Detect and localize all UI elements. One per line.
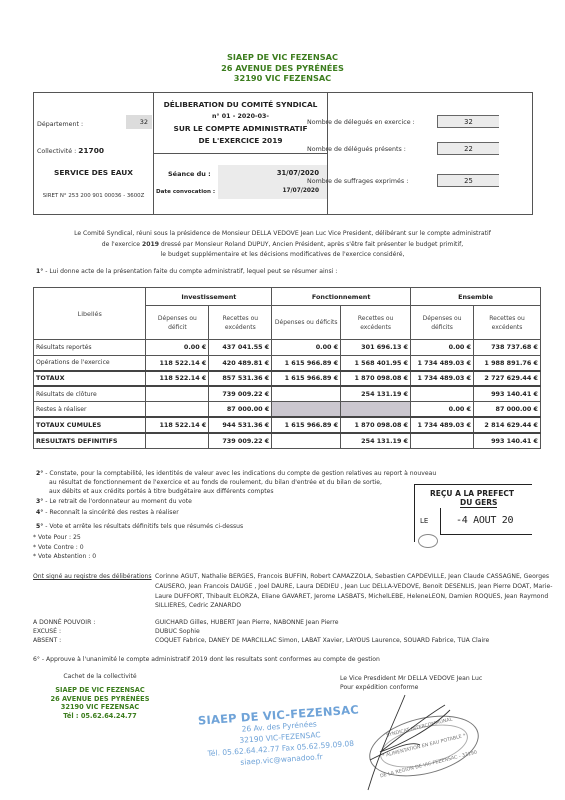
- table-cell: 0.00 €: [411, 402, 474, 418]
- table-cell: 993 140.41 €: [474, 386, 541, 402]
- row-label: TOTAUX: [34, 371, 146, 387]
- title-line-4: DE L'EXERCICE 2019: [154, 135, 327, 147]
- cachet-tel: Tél : 05.62.64.24.77: [0, 712, 200, 721]
- table-cell: 1 870 098.08 €: [341, 371, 411, 387]
- suffrages-label: Nombre de suffrages exprimés :: [307, 178, 408, 185]
- table-cell: 0.00 €: [411, 340, 474, 356]
- table-cell: [146, 433, 209, 449]
- table-row: Restes à réaliser87 000.00 €0.00 €87 000…: [34, 402, 541, 418]
- org-name: SIAEP DE VIC FEZENSAC: [0, 52, 565, 63]
- table-cell: 1 734 489.03 €: [411, 417, 474, 433]
- org-address: 26 AVENUE DES PYRÉNÉES: [0, 63, 565, 74]
- subheader-inv-depenses: Dépenses ou déficit: [146, 306, 209, 340]
- collectivite-value: 21700: [78, 146, 104, 155]
- table-cell: 1 615 966.89 €: [272, 355, 341, 371]
- cachet-label: Cachet de la collectivité: [0, 673, 200, 680]
- group-header-fonctionnement: Fonctionnement: [272, 288, 411, 306]
- article-5: 5° - Vote et arrête les résultats défini…: [36, 522, 243, 531]
- table-cell: 301 696.13 €: [341, 340, 411, 356]
- title-line-3: SUR LE COMPTE ADMINISTRATIF: [154, 123, 327, 135]
- subheader-inv-recettes: Recettes ou excédents: [209, 306, 272, 340]
- financial-summary-table: Libellés Investissement Fonctionnement E…: [33, 287, 541, 449]
- group-header-investissement: Investissement: [146, 288, 272, 306]
- article-6: 6° - Approuve à l'unanimité le compte ad…: [33, 656, 380, 663]
- table-cell: 437 041.55 €: [209, 340, 272, 356]
- vice-president-name: Le Vice Presdident Mr DELLA VEDOVE Jean …: [340, 674, 482, 683]
- article-4: 4° - Reconnaît la sincérité des restes à…: [36, 508, 179, 517]
- organization-rubber-stamp: SIAEP DE VIC-FEZENSAC 26 Av. des Pyrénée…: [183, 703, 376, 771]
- table-row: Résultats de clôture739 009.22 €254 131.…: [34, 386, 541, 402]
- table-cell: [272, 402, 341, 418]
- table-cell: 993 140.41 €: [474, 433, 541, 449]
- table-cell: [411, 433, 474, 449]
- row-label: Opérations de l'exercice: [34, 355, 146, 371]
- convocation-label: Date convocation :: [156, 189, 215, 195]
- stamp-line-2: DU GERS: [460, 498, 497, 508]
- stamp-line-1: REÇU A LA PREFECT: [430, 489, 514, 498]
- table-row: Opérations de l'exercice118 522.14 €420 …: [34, 355, 541, 371]
- article-3-text: - Le retrait de l'ordonnateur au moment …: [43, 498, 192, 505]
- cachet-address: 26 AVENUE DES PYRÉNÉES: [0, 695, 200, 704]
- intro-paragraph: Le Comité Syndical, réuni sous la présid…: [0, 229, 565, 261]
- table-cell: 1 615 966.89 €: [272, 371, 341, 387]
- row-label: RESULTATS DEFINITIFS: [34, 433, 146, 449]
- subheader-ens-recettes: Recettes ou excédents: [474, 306, 541, 340]
- article-2-line-3: aux débits et aux crédits portés à titre…: [36, 487, 436, 496]
- intro-year: 2019: [142, 241, 159, 248]
- article-4-text: - Reconnaît la sincérité des restes à ré…: [43, 509, 178, 516]
- delegues-exercice-label: Nombre de délegués en exercice :: [307, 119, 415, 126]
- article-1: 1° - Lui donne acte de la présentation f…: [36, 268, 337, 275]
- table-cell: 1 988 891.76 €: [474, 355, 541, 371]
- table-cell: 0.00 €: [272, 340, 341, 356]
- libelles-header: Libellés: [34, 288, 146, 340]
- siret-number: SIRET N° 253 200 901 00036 - 3600Z: [34, 193, 153, 199]
- seance-date: 31/07/2020: [277, 169, 319, 177]
- table-cell: 87 000.00 €: [209, 402, 272, 418]
- table-row: TOTAUX CUMULES118 522.14 €944 531.36 €1 …: [34, 417, 541, 433]
- registre-label: Ont signé au registre des délibérations: [33, 572, 152, 582]
- group-header-ensemble: Ensemble: [411, 288, 541, 306]
- row-label: TOTAUX CUMULES: [34, 417, 146, 433]
- table-row: TOTAUX118 522.14 €857 531.36 €1 615 966.…: [34, 371, 541, 387]
- deliberation-title: DÉLIBERATION DU COMITÉ SYNDICAL n° 01 - …: [154, 93, 327, 154]
- table-cell: [411, 386, 474, 402]
- table-cell: 739 009.22 €: [209, 433, 272, 449]
- table-cell: 254 131.19 €: [341, 433, 411, 449]
- table-cell: [146, 386, 209, 402]
- article-5-text: - Vote et arrête les résultats définitif…: [43, 523, 243, 530]
- absent-label: ABSENT :: [33, 636, 61, 646]
- delegues-exercice-value: 32: [437, 115, 499, 128]
- table-cell: [341, 402, 411, 418]
- delegues-presents-value: 22: [437, 142, 499, 155]
- table-cell: 1 734 489.03 €: [411, 371, 474, 387]
- subheader-ens-depenses: Dépenses ou déficits: [411, 306, 474, 340]
- article-2: 2° - Constate, pour la comptabilité, les…: [36, 469, 436, 496]
- deliberation-number: n° 01 - 2020-03-: [154, 111, 327, 123]
- collectivity-column: Département : 32 Collectivité : 21700 SE…: [34, 93, 154, 214]
- vote-pour: * Vote Pour : 25: [33, 533, 96, 543]
- table-cell: 1 615 966.89 €: [272, 417, 341, 433]
- convocation-date: 17/07/2020: [282, 188, 319, 194]
- stamp-date: -4 AOUT 20: [456, 515, 513, 526]
- table-cell: 118 522.14 €: [146, 417, 209, 433]
- cachet-name: SIAEP DE VIC FEZENSAC: [0, 686, 200, 695]
- table-row: Résultats reportés0.00 €437 041.55 €0.00…: [34, 340, 541, 356]
- service-name: SERVICE DES EAUX: [34, 168, 153, 177]
- table-cell: 2 727 629.44 €: [474, 371, 541, 387]
- prefecture-reception-stamp: REÇU A LA PREFECT DU GERS LE -4 AOUT 20: [408, 484, 533, 544]
- table-cell: 1 870 098.08 €: [341, 417, 411, 433]
- table-cell: 857 531.36 €: [209, 371, 272, 387]
- row-label: Résultats de clôture: [34, 386, 146, 402]
- stamp-le: LE: [420, 517, 428, 525]
- departement-value: 32: [126, 115, 152, 129]
- delegues-presents-label: Nombre de délégués présents :: [307, 146, 406, 153]
- table-cell: 420 489.81 €: [209, 355, 272, 371]
- table-cell: 739 009.22 €: [209, 386, 272, 402]
- collectivite-label: Collectivité :: [37, 148, 76, 155]
- absent-value: COQUET Fabrice, DANEY DE MARCILLAC Simon…: [155, 636, 555, 646]
- departement-label: Département :: [37, 121, 83, 128]
- table-cell: [272, 386, 341, 402]
- table-cell: 2 814 629.44 €: [474, 417, 541, 433]
- subheader-fonc-depenses: Dépenses ou déficits: [272, 306, 341, 340]
- subheader-fonc-recettes: Recettes ou excédents: [341, 306, 411, 340]
- collectivite: Collectivité : 21700: [37, 146, 104, 155]
- table-cell: [272, 433, 341, 449]
- seal-icon: [418, 534, 438, 548]
- table-cell: 118 522.14 €: [146, 355, 209, 371]
- title-column: DÉLIBERATION DU COMITÉ SYNDICAL n° 01 - …: [154, 93, 328, 214]
- cachet-city: 32190 VIC FEZENSAC: [0, 703, 200, 712]
- signature-icon: [360, 690, 480, 800]
- table-cell: 1 568 401.95 €: [341, 355, 411, 371]
- org-city: 32190 VIC FEZENSAC: [0, 73, 565, 84]
- table-cell: 944 531.36 €: [209, 417, 272, 433]
- table-cell: 0.00 €: [146, 340, 209, 356]
- organization-header: SIAEP DE VIC FEZENSAC 26 AVENUE DES PYRÉ…: [0, 52, 565, 84]
- article-2-line-1: - Constate, pour la comptabilité, les id…: [43, 470, 436, 477]
- article-2-line-2: au résultat de fonctionnement de l'exerc…: [36, 478, 436, 487]
- vote-results: * Vote Pour : 25 * Vote Contre : 0 * Vot…: [33, 533, 96, 562]
- intro-line-2-pre: de l'exercice: [102, 241, 142, 248]
- table-cell: [146, 402, 209, 418]
- title-line-1: DÉLIBERATION DU COMITÉ SYNDICAL: [154, 99, 327, 111]
- row-label: Restes à réaliser: [34, 402, 146, 418]
- suffrages-value: 25: [437, 174, 499, 187]
- intro-line-2-post: dressé par Monsieur Roland DUPUY, Ancien…: [159, 241, 463, 248]
- table-cell: 118 522.14 €: [146, 371, 209, 387]
- vote-contre: * Vote Contre : 0: [33, 543, 96, 553]
- seance-label: Séance du :: [168, 170, 211, 178]
- table-cell: 738 737.68 €: [474, 340, 541, 356]
- article-3: 3° - Le retrait de l'ordonnateur au mome…: [36, 497, 192, 506]
- intro-line-2: de l'exercice 2019 dressé par Monsieur R…: [0, 240, 565, 251]
- registre-signatories: Corinne AGUT, Nathalie BERGES, Francois …: [155, 572, 555, 611]
- intro-line-1: Le Comité Syndical, réuni sous la présid…: [0, 229, 565, 240]
- table-row: RESULTATS DEFINITIFS739 009.22 €254 131.…: [34, 433, 541, 449]
- cachet-block: SIAEP DE VIC FEZENSAC 26 AVENUE DES PYRÉ…: [0, 686, 200, 720]
- table-cell: 1 734 489.03 €: [411, 355, 474, 371]
- article-1-text: - Lui donne acte de la présentation fait…: [43, 268, 337, 275]
- vote-abstention: * Vote Abstention : 0: [33, 552, 96, 562]
- row-label: Résultats reportés: [34, 340, 146, 356]
- table-cell: 254 131.19 €: [341, 386, 411, 402]
- table-cell: 87 000.00 €: [474, 402, 541, 418]
- intro-line-3: le budget supplémentaire et les décision…: [0, 250, 565, 261]
